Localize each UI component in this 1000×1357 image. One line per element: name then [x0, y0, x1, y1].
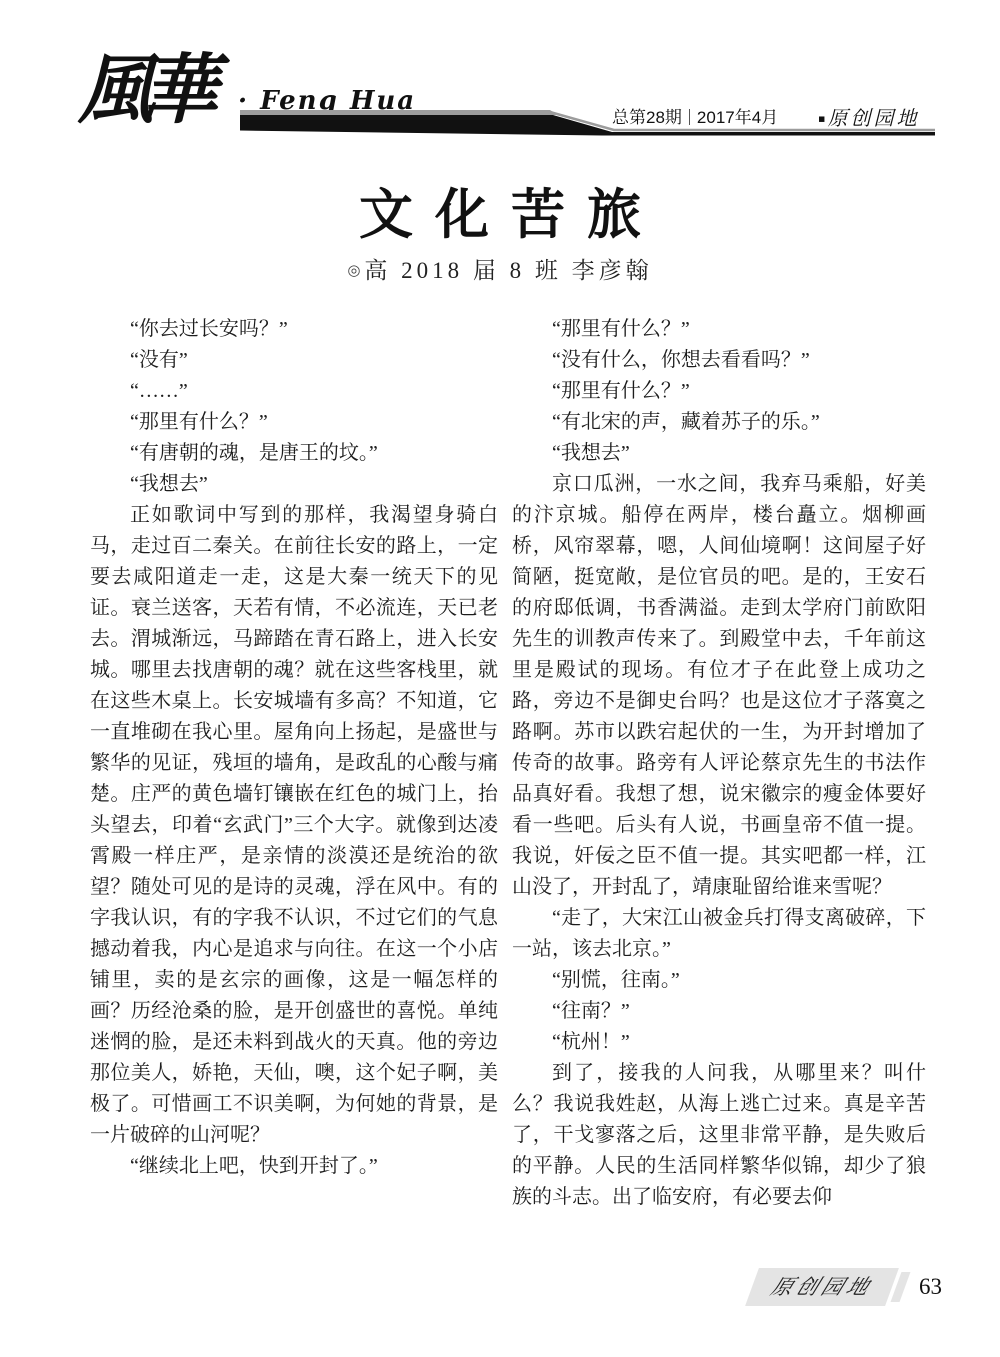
paragraph: “有北宋的声，藏着苏子的乐。”: [512, 407, 926, 438]
paragraph: “有唐朝的魂，是唐王的坟。”: [90, 438, 498, 469]
paragraph: 京口瓜洲，一水之间，我弃马乘船，好美的汴京城。船停在两岸，楼台矗立。烟柳画桥，风…: [512, 469, 926, 903]
paragraph: “那里有什么？”: [512, 314, 926, 345]
author-mark-icon: ◎: [347, 263, 360, 279]
article-title: 文化苦旅: [0, 172, 1000, 249]
paragraph: “那里有什么？”: [512, 376, 926, 407]
bullet-icon: ▪: [818, 112, 825, 125]
author-name: 高 2018 届 8 班 李彦翰: [364, 258, 652, 283]
text-column-right: “那里有什么？” “没有什么，你想去看看吗？” “那里有什么？” “有北宋的声，…: [512, 314, 926, 1213]
page-number: 63: [919, 1274, 942, 1300]
paragraph: “别慌，往南。”: [512, 965, 926, 996]
paragraph: “我想去”: [512, 438, 926, 469]
paragraph: “没有”: [90, 345, 498, 376]
paragraph: 正如歌词中写到的那样，我渴望身骑白马，走过百二秦关。在前往长安的路上，一定要去咸…: [90, 500, 498, 1151]
paragraph: “继续北上吧，快到开封了。”: [90, 1151, 498, 1182]
divider-line: [689, 109, 690, 125]
footer-section-tag: 原创园地: [745, 1268, 899, 1306]
issue-number: 总第28期: [612, 108, 682, 127]
paragraph: “那里有什么？”: [90, 407, 498, 438]
page-footer: 原创园地 63: [752, 1268, 942, 1306]
header-section-label: 原创园地: [827, 106, 919, 130]
paragraph: “没有什么，你想去看看吗？”: [512, 345, 926, 376]
magazine-page: 風華 · Feng Hua 总第28期2017年4月 ▪原创园地 文化苦旅 ◎高…: [0, 0, 1000, 1357]
footer-section-label: 原创园地: [768, 1275, 877, 1299]
issue-date: 2017年4月: [697, 108, 778, 127]
paragraph: “杭州！”: [512, 1027, 926, 1058]
article-author-line: ◎高 2018 届 8 班 李彦翰: [0, 252, 1000, 285]
paragraph: “走了，大宋江山被金兵打得支离破碎，下一站，该去北京。”: [512, 903, 926, 965]
text-column-left: “你去过长安吗？” “没有” “……” “那里有什么？” “有唐朝的魂，是唐王的…: [90, 314, 498, 1182]
paragraph: “你去过长安吗？”: [90, 314, 498, 345]
paragraph: “我想去”: [90, 469, 498, 500]
paragraph: 到了，接我的人问我，从哪里来？叫什么？我说我姓赵，从海上逃亡过来。真是辛苦了，干…: [512, 1058, 926, 1213]
header-section-tag: ▪原创园地: [818, 102, 919, 131]
issue-and-date: 总第28期2017年4月: [612, 103, 812, 128]
paragraph: “往南？”: [512, 996, 926, 1027]
paragraph: “……”: [90, 376, 498, 407]
